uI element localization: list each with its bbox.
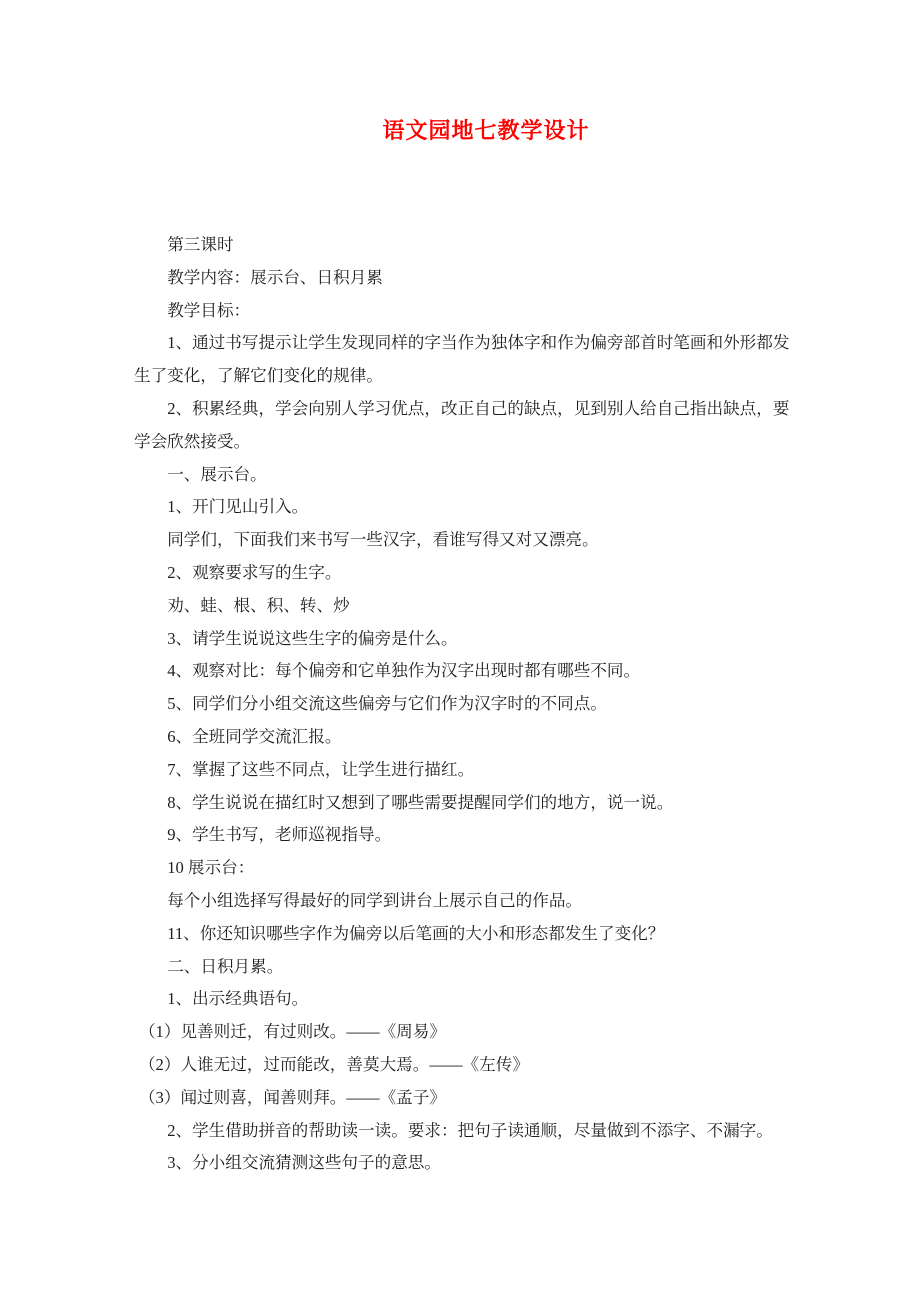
paragraph: 一、展示台。 xyxy=(134,459,794,492)
paragraph: 11、你还知识哪些字作为偏旁以后笔画的大小和形态都发生了变化？ xyxy=(134,918,794,951)
paragraph: （2）人谁无过，过而能改，善莫大焉。——《左传》 xyxy=(134,1049,794,1082)
paragraph: 7、掌握了这些不同点，让学生进行描红。 xyxy=(134,754,794,787)
paragraph: 6、全班同学交流汇报。 xyxy=(134,721,794,754)
paragraph: 8、学生说说在描红时又想到了哪些需要提醒同学们的地方，说一说。 xyxy=(134,787,794,820)
paragraph: 劝、蛙、根、积、转、炒 xyxy=(134,590,794,623)
paragraph: 1、通过书写提示让学生发现同样的字当作为独体字和作为偏旁部首时笔画和外形都发生了… xyxy=(134,327,794,393)
document-title: 语文园地七教学设计 xyxy=(134,111,794,151)
paragraph: （3）闻过则喜，闻善则拜。——《孟子》 xyxy=(134,1082,794,1115)
paragraph: 二、日积月累。 xyxy=(134,951,794,984)
paragraph: 同学们，下面我们来书写一些汉字，看谁写得又对又漂亮。 xyxy=(134,524,794,557)
paragraph: 4、观察对比：每个偏旁和它单独作为汉字出现时都有哪些不同。 xyxy=(134,655,794,688)
paragraph: 教学内容：展示台、日积月累 xyxy=(134,262,794,295)
paragraph: 2、积累经典，学会向别人学习优点，改正自己的缺点，见到别人给自己指出缺点，要学会… xyxy=(134,393,794,459)
document-body: 第三课时教学内容：展示台、日积月累教学目标：1、通过书写提示让学生发现同样的字当… xyxy=(134,229,794,1180)
paragraph: 1、开门见山引入。 xyxy=(134,491,794,524)
paragraph: （1）见善则迁，有过则改。——《周易》 xyxy=(134,1016,794,1049)
paragraph: 教学目标： xyxy=(134,295,794,328)
paragraph: 1、出示经典语句。 xyxy=(134,983,794,1016)
paragraph: 9、学生书写，老师巡视指导。 xyxy=(134,819,794,852)
document-page: 语文园地七教学设计 第三课时教学内容：展示台、日积月累教学目标：1、通过书写提示… xyxy=(0,0,920,1302)
paragraph: 2、学生借助拼音的帮助读一读。要求：把句子读通顺，尽量做到不添字、不漏字。 xyxy=(134,1115,794,1148)
paragraph: 5、同学们分小组交流这些偏旁与它们作为汉字时的不同点。 xyxy=(134,688,794,721)
paragraph: 10 展示台： xyxy=(134,852,794,885)
paragraph: 3、请学生说说这些生字的偏旁是什么。 xyxy=(134,623,794,656)
paragraph: 2、观察要求写的生字。 xyxy=(134,557,794,590)
paragraph: 第三课时 xyxy=(134,229,794,262)
paragraph: 每个小组选择写得最好的同学到讲台上展示自己的作品。 xyxy=(134,885,794,918)
paragraph: 3、分小组交流猜测这些句子的意思。 xyxy=(134,1147,794,1180)
